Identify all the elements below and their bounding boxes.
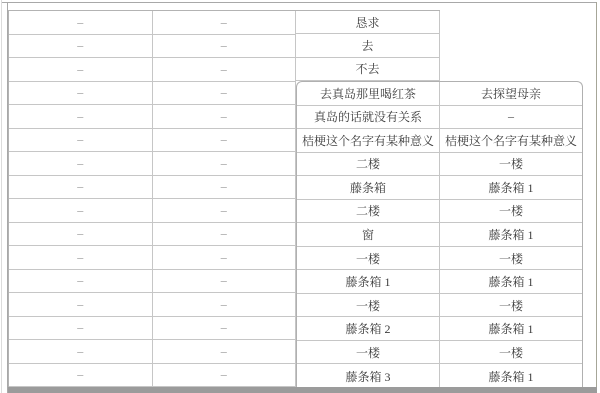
table-cell-dash: –: [153, 223, 297, 247]
table-cell-dash: –: [9, 82, 153, 106]
table-cell-dash: –: [9, 246, 153, 270]
table-row: 藤条箱 2 藤条箱 1: [297, 317, 582, 341]
table-cell: 恳求: [296, 11, 440, 34]
table-row: – –: [9, 246, 296, 270]
table-row: – –: [9, 11, 296, 35]
table-cell: 去探望母亲: [440, 82, 582, 106]
table-row: – –: [9, 176, 296, 200]
table-row: – –: [9, 223, 296, 247]
table-cell-dash: –: [9, 270, 153, 294]
table-cell: 一楼: [440, 247, 582, 271]
table-cell: 藤条箱 1: [440, 317, 582, 341]
table-row: – –: [9, 364, 296, 388]
table-cell-dash: –: [153, 105, 297, 129]
table-cell-dash: –: [153, 82, 297, 106]
table-cell: 真岛的话就没有关系: [297, 106, 440, 130]
table-row: – –: [9, 58, 296, 82]
table-cell: 一楼: [297, 341, 440, 365]
table-cell-dash: –: [9, 176, 153, 200]
table-cell-dash: –: [9, 293, 153, 317]
page: – – – – – – – – – – –: [0, 0, 600, 393]
table-cell-dash: –: [9, 340, 153, 364]
table-row: – –: [9, 199, 296, 223]
table-cell: –: [440, 106, 582, 130]
table-cell-dash: –: [9, 223, 153, 247]
table-cell: 藤条箱: [297, 176, 440, 200]
table-cell: 二楼: [297, 200, 440, 224]
table-cell-dash: –: [153, 58, 297, 82]
table-row: – –: [9, 270, 296, 294]
table-cell: 藤条箱 1: [440, 176, 582, 200]
table-cell-dash: –: [153, 199, 297, 223]
table-cell-dash: –: [153, 35, 297, 59]
table-cell: 一楼: [297, 294, 440, 318]
table-row: 真岛的话就没有关系 –: [297, 106, 582, 130]
table-cell: 一楼: [440, 200, 582, 224]
table-row: 一楼 一楼: [297, 294, 582, 318]
table-cell-dash: –: [153, 246, 297, 270]
table-cell-dash: –: [9, 58, 153, 82]
table-cell-dash: –: [9, 129, 153, 153]
table-cell-dash: –: [153, 152, 297, 176]
table-row: 藤条箱 1 藤条箱 1: [297, 270, 582, 294]
table-cell: 一楼: [440, 153, 582, 177]
table-cell-dash: –: [9, 35, 153, 59]
table-row: – –: [9, 105, 296, 129]
table-cell: 桔梗这个名字有某种意义: [297, 129, 440, 153]
table-row: 藤条箱 藤条箱 1: [297, 176, 582, 200]
table-cell: 二楼: [297, 153, 440, 177]
table-cell-dash: –: [153, 340, 297, 364]
table-row: – –: [9, 152, 296, 176]
table-cell-dash: –: [9, 105, 153, 129]
table-row: – –: [9, 340, 296, 364]
table-cell: 不去: [296, 58, 440, 81]
table-row: – –: [9, 317, 296, 341]
table-cell: 桔梗这个名字有某种意义: [440, 129, 582, 153]
page-border-top: [2, 2, 597, 3]
table-cell: 去: [296, 34, 440, 57]
table-row: 一楼 一楼: [297, 247, 582, 271]
table-cell-dash: –: [9, 364, 153, 388]
page-edge-left: [1, 0, 2, 393]
table-cell-dash: –: [153, 317, 297, 341]
table-cell-dash: –: [153, 11, 297, 35]
page-border-right: [596, 2, 597, 393]
table-row: 二楼 一楼: [297, 200, 582, 224]
table-row: – –: [9, 82, 296, 106]
table-cell: 藤条箱 1: [440, 364, 582, 388]
table-row: 桔梗这个名字有某种意义 桔梗这个名字有某种意义: [297, 129, 582, 153]
table-cell-dash: –: [9, 11, 153, 35]
table-row: – –: [9, 35, 296, 59]
table-cell: 藤条箱 1: [440, 270, 582, 294]
bottom-scrollbar-edge[interactable]: [8, 387, 597, 393]
table-cell: 藤条箱 2: [297, 317, 440, 341]
table-cell: 窗: [297, 223, 440, 247]
table-cell-dash: –: [9, 199, 153, 223]
table-row: – –: [9, 129, 296, 153]
table-cell: 一楼: [440, 294, 582, 318]
table-cell-dash: –: [153, 270, 297, 294]
table-cell: 藤条箱 1: [297, 270, 440, 294]
choice-column-top: 恳求 去 不去: [296, 10, 440, 81]
table-cell: 去真岛那里喝红茶: [297, 82, 440, 106]
table-row: 窗 藤条箱 1: [297, 223, 582, 247]
table-cell-dash: –: [153, 129, 297, 153]
table-cell: 藤条箱 3: [297, 364, 440, 388]
table-row: 藤条箱 3 藤条箱 1: [297, 364, 582, 388]
table-row: – –: [9, 293, 296, 317]
table-cell-dash: –: [9, 152, 153, 176]
table-row: 一楼 一楼: [297, 341, 582, 365]
left-dash-columns: – – – – – – – – – – –: [8, 10, 296, 387]
table-cell: 一楼: [297, 247, 440, 271]
choice-subtable-box: 去真岛那里喝红茶 去探望母亲 真岛的话就没有关系 – 桔梗这个名字有某种意义 桔…: [296, 81, 583, 388]
table-row: 去真岛那里喝红茶 去探望母亲: [297, 82, 582, 106]
table-row: 二楼 一楼: [297, 153, 582, 177]
table-cell-dash: –: [153, 364, 297, 388]
table-cell-dash: –: [153, 293, 297, 317]
table-cell: 藤条箱 1: [440, 223, 582, 247]
table-cell: 一楼: [440, 341, 582, 365]
table-cell-dash: –: [9, 317, 153, 341]
table-cell-dash: –: [153, 176, 297, 200]
